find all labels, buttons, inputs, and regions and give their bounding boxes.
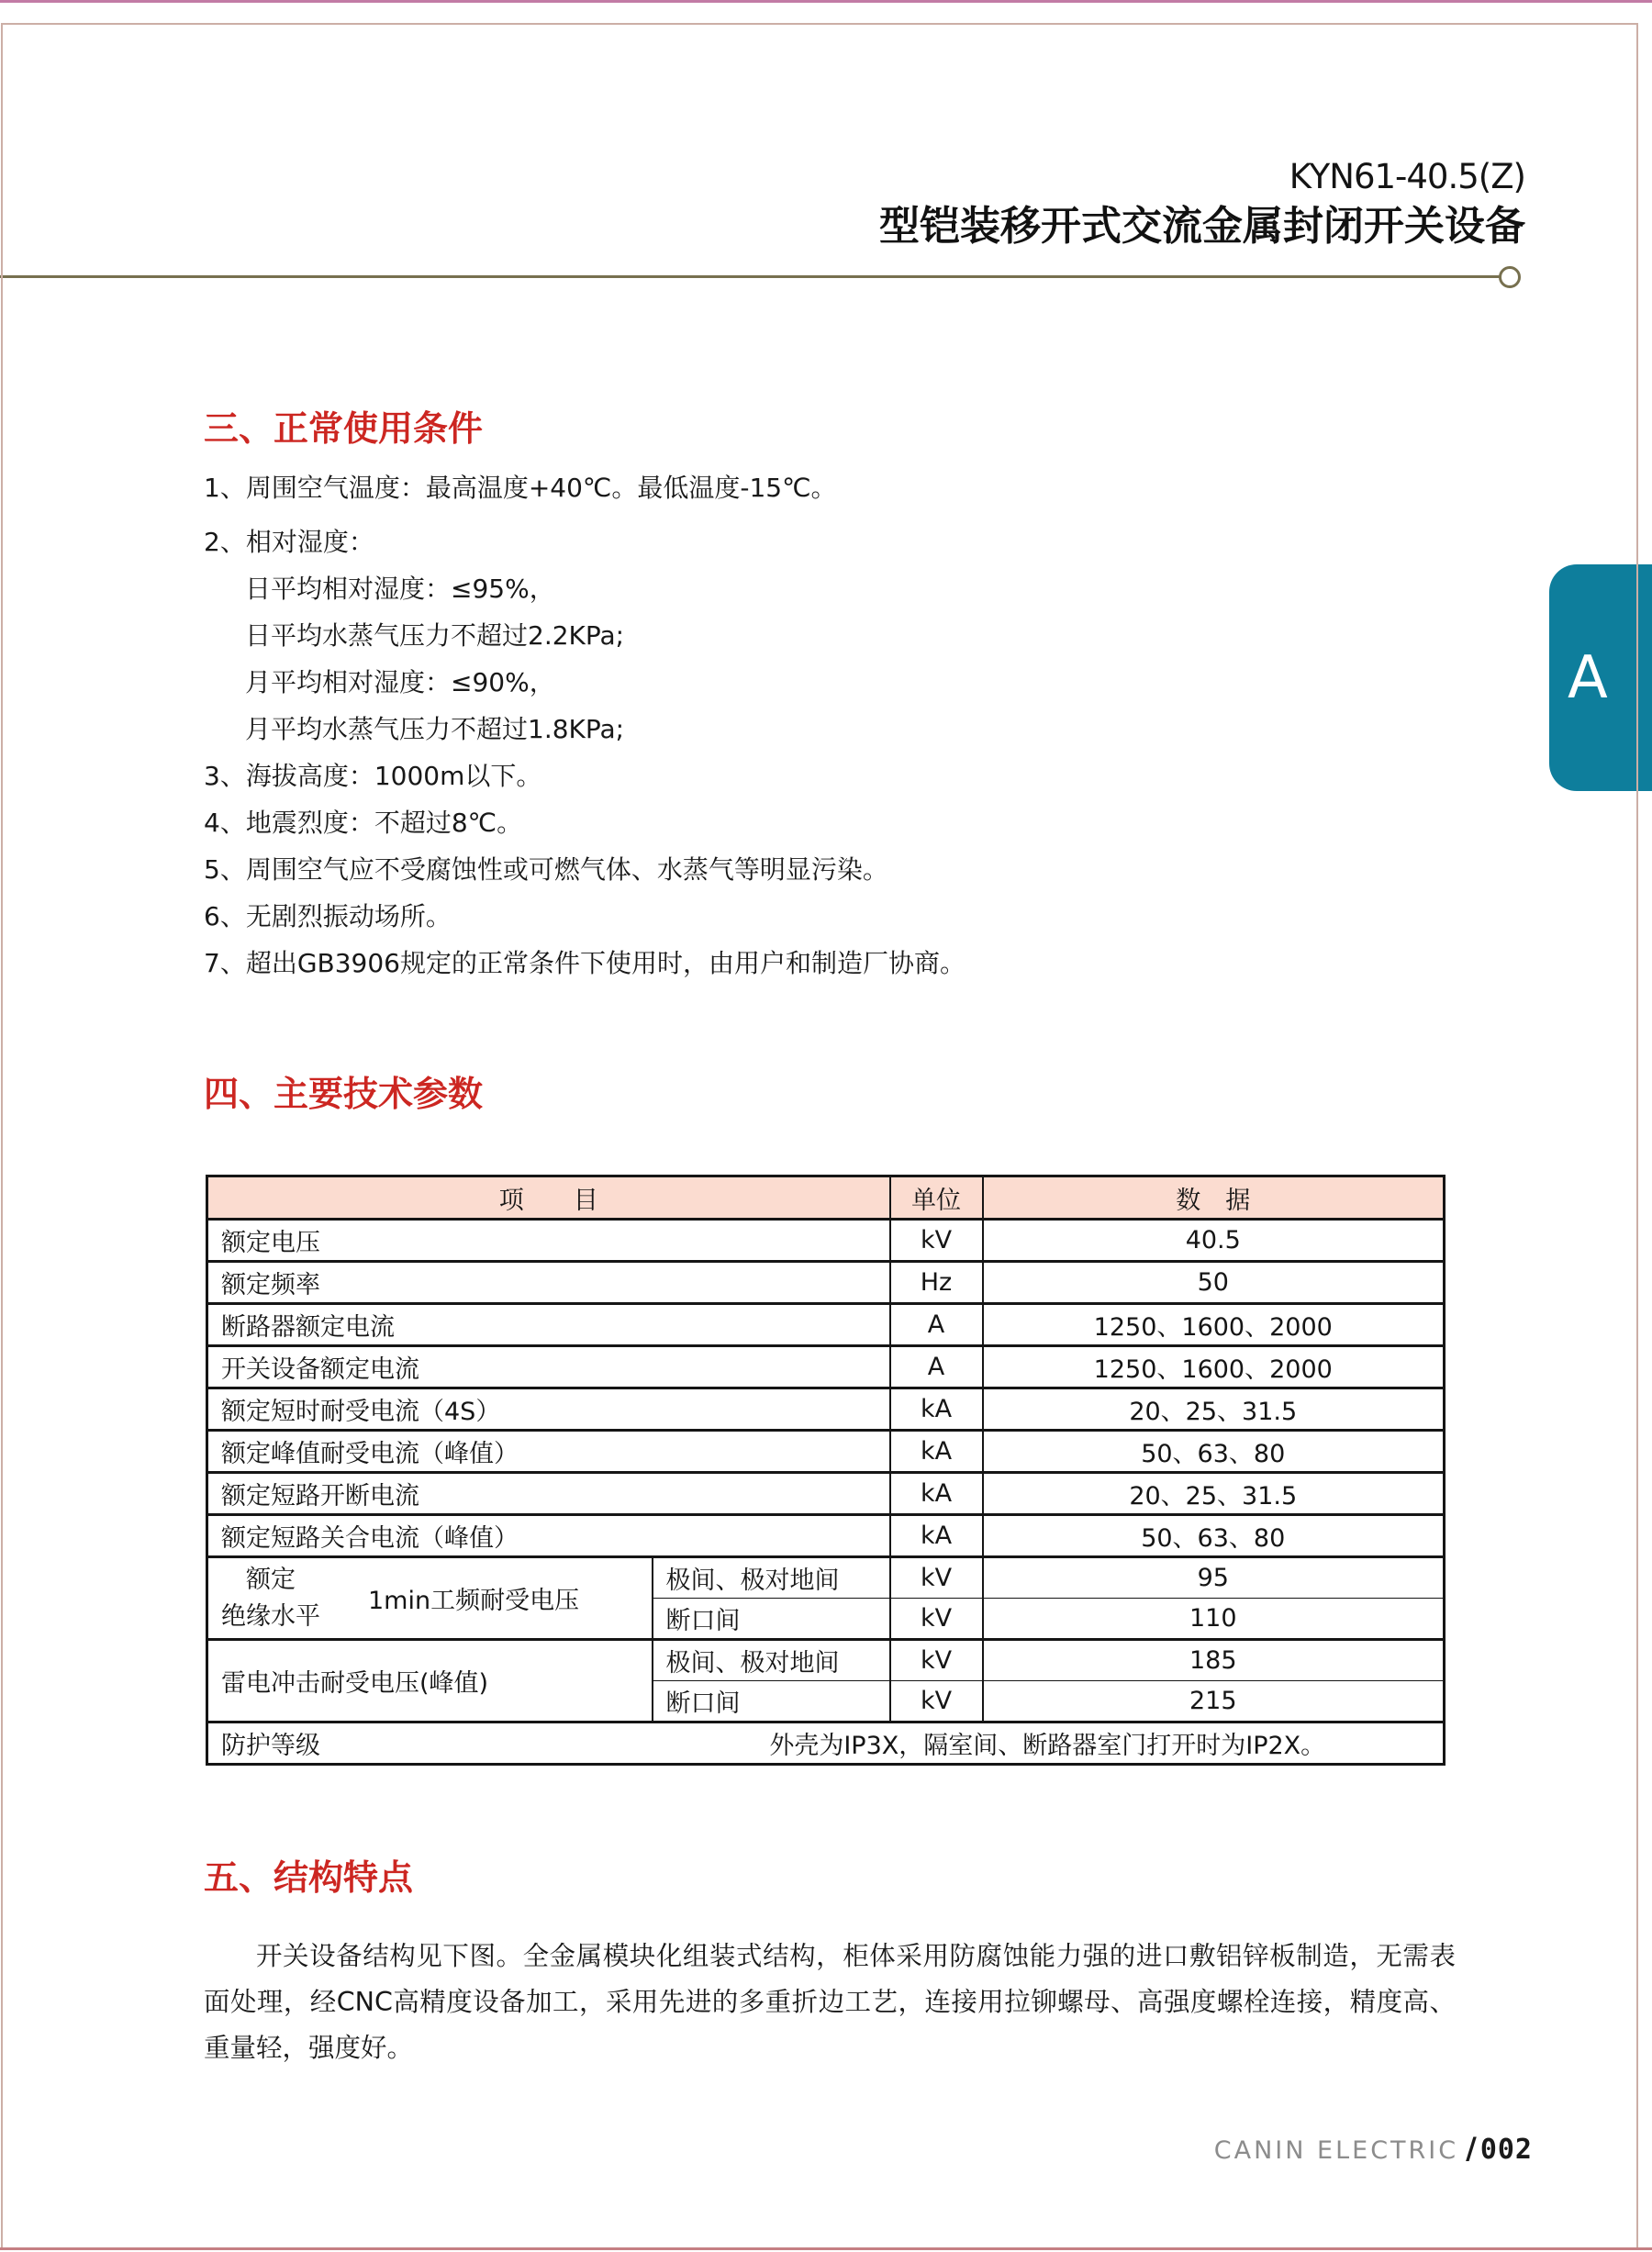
param-condition: 断口间 [653, 1599, 890, 1640]
param-unit: kA [890, 1388, 983, 1431]
param-value: 50、63、80 [983, 1515, 1445, 1557]
section-index-tab-label: A [1549, 644, 1608, 712]
param-value: 20、25、31.5 [983, 1473, 1445, 1515]
condition-item: 5、周围空气应不受腐蚀性或可燃气体、水蒸气等明显污染。 [204, 846, 966, 893]
page-footer: CANIN ELECTRIC / 002 [1214, 2131, 1533, 2166]
param-name: 额定短路开断电流 [207, 1473, 890, 1515]
param-value: 1250、1600、2000 [983, 1346, 1445, 1388]
param-name: 额定频率 [207, 1262, 890, 1304]
insulation-group-cell: 额定 绝缘水平 1min工频耐受电压 [207, 1557, 653, 1640]
param-value: 50 [983, 1262, 1445, 1304]
table-row: 额定短路关合电流（峰值） kA 50、63、80 [207, 1515, 1445, 1557]
insulation-label-line2: 绝缘水平 [221, 1599, 320, 1635]
table-row: 额定电压 kV 40.5 [207, 1220, 1445, 1262]
condition-item: 月平均水蒸气压力不超过1.8KPa; [204, 706, 966, 753]
top-accent-line [0, 0, 1652, 3]
param-value: 215 [983, 1681, 1445, 1722]
rule-end-circle-icon [1499, 266, 1521, 288]
header-unit: 单位 [890, 1176, 983, 1220]
param-name: 开关设备额定电流 [207, 1346, 890, 1388]
model-code: KYN61-40.5(Z) [879, 158, 1525, 196]
condition-item: 7、超出GB3906规定的正常条件下使用时，由用户和制造厂协商。 [204, 940, 966, 987]
table-row: 额定峰值耐受电流（峰值） kA 50、63、80 [207, 1431, 1445, 1473]
structure-paragraph: 开关设备结构见下图。全金属模块化组装式结构，柜体采用防腐蚀能力强的进口敷铝锌板制… [204, 1934, 1456, 2071]
conditions-section-title: 三、正常使用条件 [204, 408, 483, 449]
param-name: 断路器额定电流 [207, 1304, 890, 1346]
param-unit: kV [890, 1640, 983, 1681]
footer-brand: CANIN ELECTRIC [1214, 2136, 1458, 2165]
param-condition: 极间、极对地间 [653, 1557, 890, 1599]
condition-item: 2、相对湿度： [204, 518, 966, 565]
page-frame [1, 23, 1638, 2249]
param-unit: kV [890, 1681, 983, 1722]
param-unit: kA [890, 1431, 983, 1473]
condition-item: 3、海拔高度：1000m以下。 [204, 753, 966, 799]
param-value: 40.5 [983, 1220, 1445, 1262]
protection-label: 防护等级 [207, 1722, 653, 1765]
table-row: 额定频率 Hz 50 [207, 1262, 1445, 1304]
section-index-tab: A [1549, 564, 1652, 791]
param-unit: A [890, 1346, 983, 1388]
param-unit: Hz [890, 1262, 983, 1304]
header-item: 项 目 [207, 1176, 890, 1220]
param-name: 额定短时耐受电流（4S） [207, 1388, 890, 1431]
impulse-row: 雷电冲击耐受电压(峰值) 极间、极对地间 kV 185 [207, 1640, 1445, 1681]
param-value: 185 [983, 1640, 1445, 1681]
param-value: 20、25、31.5 [983, 1388, 1445, 1431]
param-name: 额定短路关合电流（峰值） [207, 1515, 890, 1557]
param-name: 额定电压 [207, 1220, 890, 1262]
page-header: KYN61-40.5(Z) 型铠装移开式交流金属封闭开关设备 [879, 158, 1525, 250]
table-row: 额定短时耐受电流（4S） kA 20、25、31.5 [207, 1388, 1445, 1431]
insulation-sub-label: 1min工频耐受电压 [368, 1580, 579, 1616]
insulation-row: 额定 绝缘水平 1min工频耐受电压 极间、极对地间 kV 95 [207, 1557, 1445, 1599]
param-unit: kV [890, 1557, 983, 1599]
header-data: 数 据 [983, 1176, 1445, 1220]
condition-item: 1、周围空气温度：最高温度+40℃。最低温度-15℃。 [204, 464, 966, 511]
condition-item: 日平均相对湿度：≤95%， [204, 565, 966, 612]
insulation-label-line1: 额定 [221, 1562, 320, 1599]
table-header-row: 项 目 单位 数 据 [207, 1176, 1445, 1220]
table-row: 断路器额定电流 A 1250、1600、2000 [207, 1304, 1445, 1346]
param-value: 95 [983, 1557, 1445, 1599]
bottom-accent-line [0, 2247, 1652, 2250]
condition-item: 4、地震烈度：不超过8℃。 [204, 799, 966, 846]
footer-page-number: 002 [1480, 2134, 1533, 2166]
param-unit: kV [890, 1220, 983, 1262]
condition-item: 6、无剧烈振动场所。 [204, 893, 966, 940]
param-condition: 极间、极对地间 [653, 1640, 890, 1681]
parameters-table: 项 目 单位 数 据 额定电压 kV 40.5 额定频率 Hz 50 断路器额定… [206, 1175, 1445, 1766]
param-unit: kA [890, 1473, 983, 1515]
conditions-list: 1、周围空气温度：最高温度+40℃。最低温度-15℃。 2、相对湿度： 日平均相… [204, 464, 966, 987]
protection-row: 防护等级 外壳为IP3X，隔室间、断路器室门打开时为IP2X。 [207, 1722, 1445, 1765]
param-name: 额定峰值耐受电流（峰值） [207, 1431, 890, 1473]
param-unit: kA [890, 1515, 983, 1557]
param-value: 110 [983, 1599, 1445, 1640]
impulse-group-cell: 雷电冲击耐受电压(峰值) [207, 1640, 653, 1722]
param-value: 1250、1600、2000 [983, 1304, 1445, 1346]
param-unit: A [890, 1304, 983, 1346]
param-value: 50、63、80 [983, 1431, 1445, 1473]
product-title: 型铠装移开式交流金属封闭开关设备 [879, 204, 1525, 250]
structure-section-title: 五、结构特点 [204, 1857, 413, 1898]
param-condition: 断口间 [653, 1681, 890, 1722]
condition-item: 月平均相对湿度：≤90%， [204, 659, 966, 706]
footer-separator: / [1466, 2131, 1477, 2166]
table-row: 额定短路开断电流 kA 20、25、31.5 [207, 1473, 1445, 1515]
header-rule [0, 275, 1500, 278]
condition-item: 日平均水蒸气压力不超过2.2KPa; [204, 612, 966, 659]
param-unit: kV [890, 1599, 983, 1640]
table-row: 开关设备额定电流 A 1250、1600、2000 [207, 1346, 1445, 1388]
parameters-section-title: 四、主要技术参数 [204, 1074, 483, 1114]
protection-value: 外壳为IP3X，隔室间、断路器室门打开时为IP2X。 [653, 1722, 1445, 1765]
